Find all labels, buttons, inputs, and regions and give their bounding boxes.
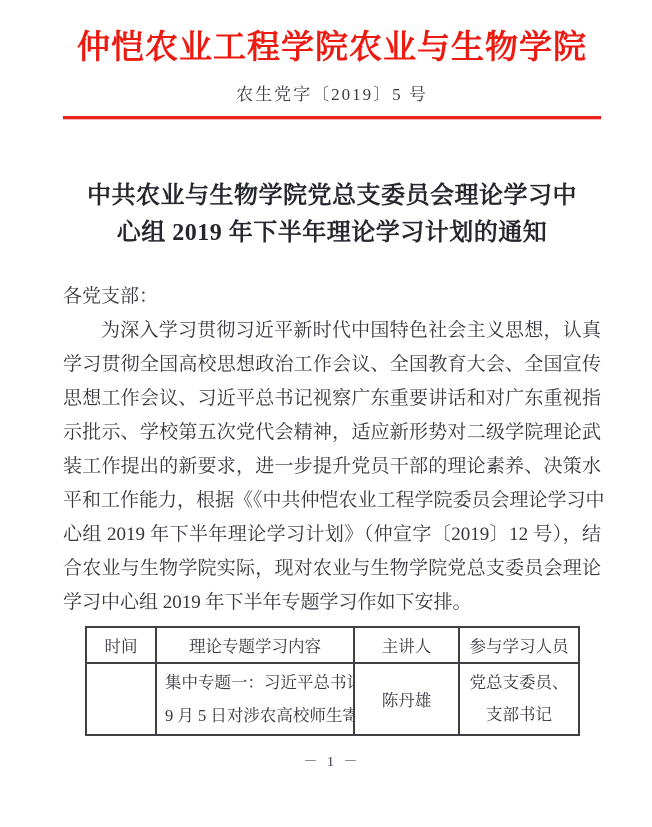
document-content: 仲恺农业工程学院农业与生物学院 农生党字〔2019〕5 号 中共农业与生物学院党… (63, 24, 601, 773)
col-header-speaker: 主讲人 (354, 627, 459, 663)
participants-line: 支部书记 (460, 699, 578, 731)
doc-title-line: 心组 2019 年下半年理论学习计划的通知 (63, 215, 601, 252)
topic-line: 9 月 5 日对涉农高校师生寄 (165, 699, 345, 732)
cell-time (86, 663, 156, 735)
col-header-time: 时间 (86, 627, 156, 663)
paragraph-line: 合农业与生物学院实际，现对农业与生物学院党总支委员会理论 (63, 552, 601, 586)
page-number: － 1 － (63, 753, 601, 773)
study-plan-table: 时间 理论专题学习内容 主讲人 参与学习人员 集中专题一：习近平总书记 9 月 … (85, 626, 580, 736)
paragraph-line: 为深入学习贯彻习近平新时代中国特色社会主义思想，认真 (63, 314, 601, 348)
cell-speaker: 陈丹雄 (354, 663, 459, 735)
doc-number: 农生党字〔2019〕5 号 (63, 83, 601, 107)
topic-line: 集中专题一：习近平总书记 (165, 666, 345, 699)
paragraph-line: 思想工作会议、习近平总书记视察广东重要讲话和对广东重视指 (63, 382, 601, 416)
red-divider-line (63, 116, 601, 120)
cell-topic: 集中专题一：习近平总书记 9 月 5 日对涉农高校师生寄 (156, 663, 354, 735)
paragraph-line: 学习贯彻全国高校思想政治工作会议、全国教育大会、全国宣传 (63, 348, 601, 382)
body-block: 各党支部： 为深入学习贯彻习近平新时代中国特色社会主义思想，认真 学习贯彻全国高… (63, 280, 601, 620)
participants-line: 党总支委员、 (460, 667, 578, 699)
paragraph-line: 心组 2019 年下半年理论学习计划》（仲宣字〔2019〕12 号），结 (63, 518, 601, 552)
salutation: 各党支部： (63, 280, 601, 314)
doc-title-line: 中共农业与生物学院党总支委员会理论学习中 (63, 178, 601, 215)
paragraph-line: 示批示、学校第五次党代会精神，适应新形势对二级学院理论武 (63, 416, 601, 450)
doc-title: 中共农业与生物学院党总支委员会理论学习中 心组 2019 年下半年理论学习计划的… (63, 178, 601, 252)
paragraph-line: 学习中心组 2019 年下半年专题学习作如下安排。 (63, 586, 601, 620)
table-header-row: 时间 理论专题学习内容 主讲人 参与学习人员 (86, 627, 579, 663)
col-header-topic: 理论专题学习内容 (156, 627, 354, 663)
table-row: 集中专题一：习近平总书记 9 月 5 日对涉农高校师生寄 陈丹雄 党总支委员、 … (86, 663, 579, 735)
paragraph-line: 平和工作能力，根据《《中共仲恺农业工程学院委员会理论学习中 (63, 484, 601, 518)
org-title: 仲恺农业工程学院农业与生物学院 (63, 24, 601, 72)
document-page: 仲恺农业工程学院农业与生物学院 农生党字〔2019〕5 号 中共农业与生物学院党… (0, 0, 652, 827)
col-header-participants: 参与学习人员 (459, 627, 579, 663)
paragraph-line: 装工作提出的新要求，进一步提升党员干部的理论素养、决策水 (63, 450, 601, 484)
cell-participants: 党总支委员、 支部书记 (459, 663, 579, 735)
